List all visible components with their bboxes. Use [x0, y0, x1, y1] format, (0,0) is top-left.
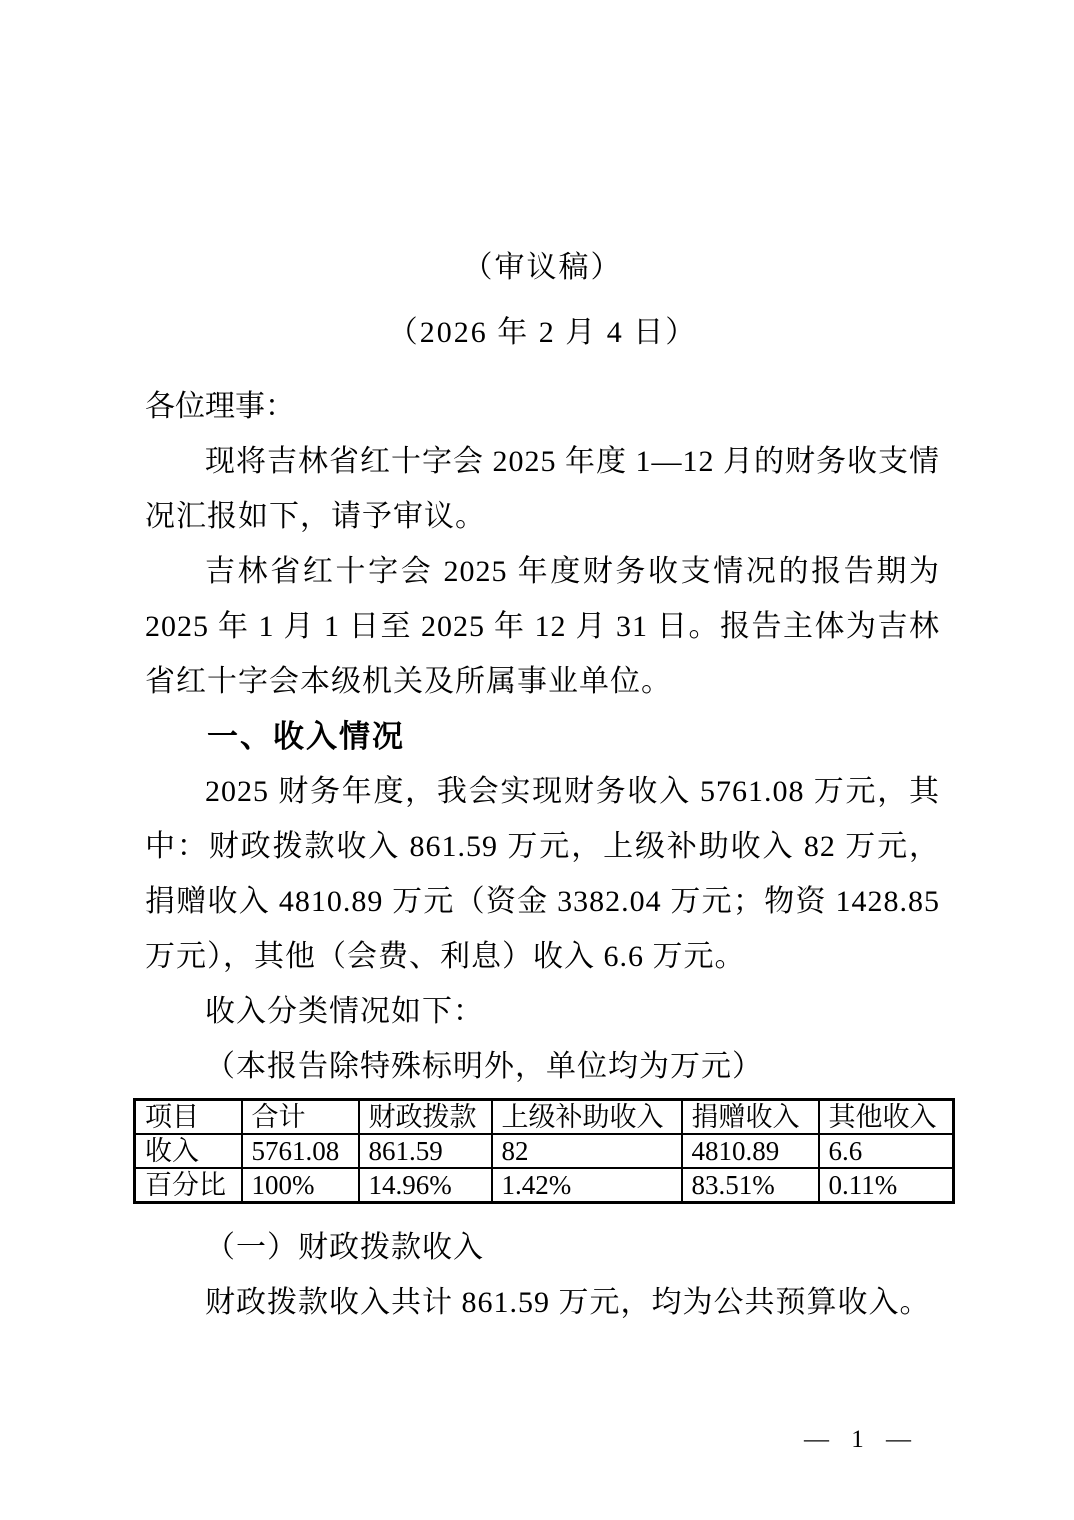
title-review-draft: （审议稿） — [145, 250, 940, 286]
percentage-total: 100% — [242, 1168, 359, 1203]
header-cell-other: 其他收入 — [819, 1100, 954, 1135]
income-other: 6.6 — [819, 1134, 954, 1168]
row-label-percentage: 百分比 — [135, 1168, 242, 1203]
header-cell-higher-subsidy: 上级补助收入 — [492, 1100, 682, 1135]
header-cell-item: 项目 — [135, 1100, 242, 1135]
percentage-fiscal: 14.96% — [359, 1168, 492, 1203]
subsection-heading-fiscal: （一）财政拨款收入 — [145, 1220, 940, 1275]
header-cell-total: 合计 — [242, 1100, 359, 1135]
header-cell-donation: 捐赠收入 — [682, 1100, 819, 1135]
income-total: 5761.08 — [242, 1134, 359, 1168]
salutation: 各位理事： — [145, 379, 940, 434]
income-fiscal: 861.59 — [359, 1134, 492, 1168]
row-label-income: 收入 — [135, 1134, 242, 1168]
paragraph-classification-intro: 收入分类情况如下： — [145, 984, 940, 1039]
percentage-other: 0.11% — [819, 1168, 954, 1203]
title-date: （2026 年 2 月 4 日） — [145, 315, 940, 351]
income-table-income-row: 收入 5761.08 861.59 82 4810.89 6.6 — [135, 1134, 954, 1168]
header-cell-fiscal: 财政拨款 — [359, 1100, 492, 1135]
paragraph-report-period: 吉林省红十字会 2025 年度财务收支情况的报告期为 2025 年 1 月 1 … — [145, 544, 940, 709]
percentage-donation: 83.51% — [682, 1168, 819, 1203]
income-donation: 4810.89 — [682, 1134, 819, 1168]
income-table-header-row: 项目 合计 财政拨款 上级补助收入 捐赠收入 其他收入 — [135, 1100, 954, 1135]
paragraph-unit-note: （本报告除特殊标明外，单位均为万元） — [145, 1039, 940, 1094]
income-table-percentage-row: 百分比 100% 14.96% 1.42% 83.51% 0.11% — [135, 1168, 954, 1203]
paragraph-fiscal-detail: 财政拨款收入共计 861.59 万元，均为公共预算收入。 — [145, 1275, 940, 1330]
percentage-subsidy: 1.42% — [492, 1168, 682, 1203]
income-subsidy: 82 — [492, 1134, 682, 1168]
paragraph-intro: 现将吉林省红十字会 2025 年度 1—12 月的财务收支情况汇报如下，请予审议… — [145, 434, 940, 544]
document-content: （审议稿） （2026 年 2 月 4 日） 各位理事： 现将吉林省红十字会 2… — [0, 0, 1074, 1330]
income-table: 项目 合计 财政拨款 上级补助收入 捐赠收入 其他收入 收入 5761.08 8… — [133, 1098, 955, 1204]
paragraph-income-summary: 2025 财务年度，我会实现财务收入 5761.08 万元，其中：财政拨款收入 … — [145, 764, 940, 984]
document-page: （审议稿） （2026 年 2 月 4 日） 各位理事： 现将吉林省红十字会 2… — [0, 0, 1074, 1520]
page-number: — 1 — — [804, 1426, 912, 1454]
section-heading-income: 一、收入情况 — [145, 709, 940, 764]
